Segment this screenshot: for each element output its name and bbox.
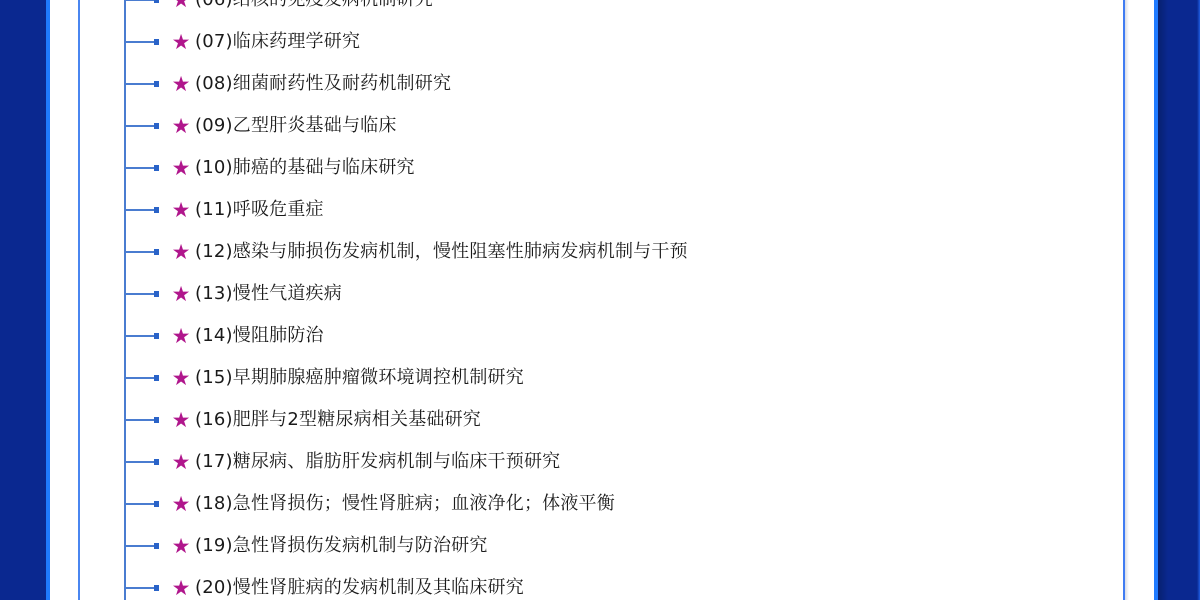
list-item: ★ (13)慢性气道疾病 xyxy=(126,279,342,309)
list-item-label: (12)感染与肺损伤发病机制，慢性阻塞性肺病发病机制与干预 xyxy=(195,237,688,267)
star-icon: ★ xyxy=(171,27,191,57)
tree-node-icon xyxy=(154,39,159,45)
list-item: ★ (16)肥胖与2型糖尿病相关基础研究 xyxy=(126,405,481,435)
tree-connector xyxy=(126,335,154,337)
tree-node-icon xyxy=(154,585,159,591)
list-item-label: (15)早期肺腺癌肿瘤微环境调控机制研究 xyxy=(195,363,524,393)
list-item: ★ (18)急性肾损伤；慢性肾脏病；血液净化；体液平衡 xyxy=(126,489,615,519)
star-icon: ★ xyxy=(171,573,191,600)
tree-connector xyxy=(126,209,154,211)
tree-node-icon xyxy=(154,291,159,297)
list-item: ★ (06)结核的免疫发病机制研究 xyxy=(126,0,433,15)
tree-node-icon xyxy=(154,249,159,255)
list-item-label: (19)急性肾损伤发病机制与防治研究 xyxy=(195,531,488,561)
tree-node-icon xyxy=(154,165,159,171)
star-icon: ★ xyxy=(171,363,191,393)
list-item-label: (13)慢性气道疾病 xyxy=(195,279,342,309)
list-item: ★ (09)乙型肝炎基础与临床 xyxy=(126,111,397,141)
star-icon: ★ xyxy=(171,279,191,309)
star-icon: ★ xyxy=(171,237,191,267)
list-item-label: (17)糖尿病、脂肪肝发病机制与临床干预研究 xyxy=(195,447,560,477)
list-item: ★ (19)急性肾损伤发病机制与防治研究 xyxy=(126,531,488,561)
tree-connector xyxy=(126,503,154,505)
list-item: ★ (08)细菌耐药性及耐药机制研究 xyxy=(126,69,451,99)
tree-connector xyxy=(126,419,154,421)
star-icon: ★ xyxy=(171,195,191,225)
tree-connector xyxy=(126,587,154,589)
tree-node-icon xyxy=(154,0,159,3)
tree-node-icon xyxy=(154,123,159,129)
tree-connector xyxy=(126,293,154,295)
star-icon: ★ xyxy=(171,69,191,99)
list-item-label: (10)肺癌的基础与临床研究 xyxy=(195,153,415,183)
research-direction-list: ★ (06)结核的免疫发病机制研究 ★ (07)临床药理学研究 ★ (08)细菌… xyxy=(0,0,1200,600)
tree-connector xyxy=(126,125,154,127)
list-item-label: (18)急性肾损伤；慢性肾脏病；血液净化；体液平衡 xyxy=(195,489,615,519)
tree-connector xyxy=(126,0,154,1)
tree-node-icon xyxy=(154,333,159,339)
list-item-label: (09)乙型肝炎基础与临床 xyxy=(195,111,397,141)
list-item-label: (11)呼吸危重症 xyxy=(195,195,324,225)
star-icon: ★ xyxy=(171,111,191,141)
list-item-label: (06)结核的免疫发病机制研究 xyxy=(195,0,433,15)
tree-connector xyxy=(126,545,154,547)
list-item-label: (20)慢性肾脏病的发病机制及其临床研究 xyxy=(195,573,524,600)
list-item-label: (16)肥胖与2型糖尿病相关基础研究 xyxy=(195,405,481,435)
list-item: ★ (10)肺癌的基础与临床研究 xyxy=(126,153,415,183)
tree-connector xyxy=(126,83,154,85)
star-icon: ★ xyxy=(171,153,191,183)
list-item-label: (07)临床药理学研究 xyxy=(195,27,360,57)
list-item: ★ (15)早期肺腺癌肿瘤微环境调控机制研究 xyxy=(126,363,524,393)
tree-connector xyxy=(126,41,154,43)
list-item: ★ (12)感染与肺损伤发病机制，慢性阻塞性肺病发病机制与干预 xyxy=(126,237,688,267)
list-item: ★ (17)糖尿病、脂肪肝发病机制与临床干预研究 xyxy=(126,447,560,477)
star-icon: ★ xyxy=(171,321,191,351)
tree-node-icon xyxy=(154,417,159,423)
tree-connector xyxy=(126,251,154,253)
tree-node-icon xyxy=(154,501,159,507)
list-item: ★ (07)临床药理学研究 xyxy=(126,27,360,57)
star-icon: ★ xyxy=(171,531,191,561)
star-icon: ★ xyxy=(171,405,191,435)
list-item: ★ (20)慢性肾脏病的发病机制及其临床研究 xyxy=(126,573,524,600)
tree-connector xyxy=(126,377,154,379)
star-icon: ★ xyxy=(171,489,191,519)
star-icon: ★ xyxy=(171,0,191,15)
tree-connector xyxy=(126,167,154,169)
tree-node-icon xyxy=(154,375,159,381)
star-icon: ★ xyxy=(171,447,191,477)
list-item: ★ (14)慢阻肺防治 xyxy=(126,321,324,351)
tree-node-icon xyxy=(154,207,159,213)
tree-connector xyxy=(126,461,154,463)
tree-node-icon xyxy=(154,543,159,549)
tree-node-icon xyxy=(154,81,159,87)
tree-node-icon xyxy=(154,459,159,465)
list-item-label: (14)慢阻肺防治 xyxy=(195,321,324,351)
list-item-label: (08)细菌耐药性及耐药机制研究 xyxy=(195,69,451,99)
list-item: ★ (11)呼吸危重症 xyxy=(126,195,324,225)
